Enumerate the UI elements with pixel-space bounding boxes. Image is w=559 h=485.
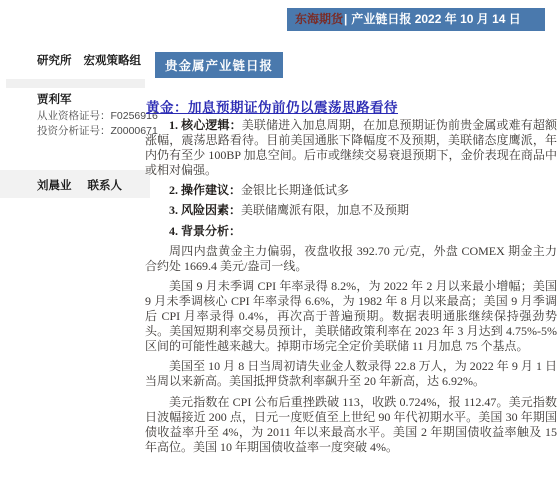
section-lead: 4. 背景分析： xyxy=(169,224,241,238)
banner-title: 产业链日报 2022 年 10 月 14 日 xyxy=(351,12,520,26)
analysis-cert-number: 投资分析证号：Z0000671 xyxy=(37,123,158,138)
paragraph-text: 美国至 10 月 8 日当周初请失业金人数录得 22.8 万人，为 2022 年… xyxy=(145,359,557,388)
research-org: 研究所 xyxy=(37,55,72,67)
banner-separator: | xyxy=(344,12,347,26)
section-lead: 1. 核心逻辑： xyxy=(169,118,242,132)
report-paragraph: 美国 9 月未季调 CPI 年率录得 8.2%，为 2022 年 2 月以来最小… xyxy=(145,279,557,354)
paragraph-text: 美联储鹰派有限，加息不及预期 xyxy=(241,203,409,217)
analysis-cert-label: 投资分析证号： xyxy=(37,125,111,137)
report-paragraph: 周四内盘黄金主力偏弱，夜盘收报 392.70 元/克，外盘 COMEX 期金主力… xyxy=(145,244,557,274)
report-title-badge: 贵金属产业链日报 xyxy=(155,52,283,78)
paragraph-text: 金银比长期逢低试多 xyxy=(241,183,349,197)
section-lead: 2. 操作建议： xyxy=(169,183,241,197)
report-paragraph: 美国至 10 月 8 日当周初请失业金人数录得 22.8 万人，为 2022 年… xyxy=(145,359,557,389)
contact-row: 刘晨业联系人 xyxy=(37,177,122,193)
paragraph-text: 美国 9 月未季调 CPI 年率录得 8.2%，为 2022 年 2 月以来最小… xyxy=(145,279,557,353)
practice-cert-number: 从业资格证号：F0256916 xyxy=(37,108,158,123)
contact-name: 刘晨业 xyxy=(37,180,72,192)
report-banner: 东海期货|产业链日报 2022 年 10 月 14 日 xyxy=(287,8,545,31)
contact-role: 联系人 xyxy=(88,180,123,192)
section-lead: 3. 风险因素： xyxy=(169,203,241,217)
paragraph-text: 周四内盘黄金主力偏弱，夜盘收报 392.70 元/克，外盘 COMEX 期金主力… xyxy=(145,244,557,273)
report-page: 东海期货|产业链日报 2022 年 10 月 14 日 研究所宏观策略组 贾利军… xyxy=(0,0,559,485)
report-paragraph: 1. 核心逻辑：美联储进入加息周期，在加息预期证伪前贵金属或难有超额涨幅，震荡思… xyxy=(145,118,557,178)
sidebar-divider xyxy=(6,79,145,88)
report-paragraph: 美元指数在 CPI 公布后重挫跌破 113，收跌 0.724%，报 112.47… xyxy=(145,395,557,455)
paragraph-text: 美元指数在 CPI 公布后重挫跌破 113，收跌 0.724%，报 112.47… xyxy=(145,395,557,454)
practice-cert-label: 从业资格证号： xyxy=(37,110,111,122)
report-paragraph: 3. 风险因素：美联储鹰派有限，加息不及预期 xyxy=(145,203,557,218)
report-paragraph: 4. 背景分析： xyxy=(145,224,557,239)
brand-name: 东海期货 xyxy=(295,12,343,26)
research-team: 宏观策略组 xyxy=(84,55,142,67)
report-headline-link[interactable]: 黄金：加息预期证伪前仍以震荡思路看待 xyxy=(146,96,398,116)
research-group-label: 研究所宏观策略组 xyxy=(37,52,141,68)
report-body: 1. 核心逻辑：美联储进入加息周期，在加息预期证伪前贵金属或难有超额涨幅，震荡思… xyxy=(145,118,557,460)
report-paragraph: 2. 操作建议：金银比长期逢低试多 xyxy=(145,183,557,198)
analyst-name: 贾利军 xyxy=(37,91,72,107)
